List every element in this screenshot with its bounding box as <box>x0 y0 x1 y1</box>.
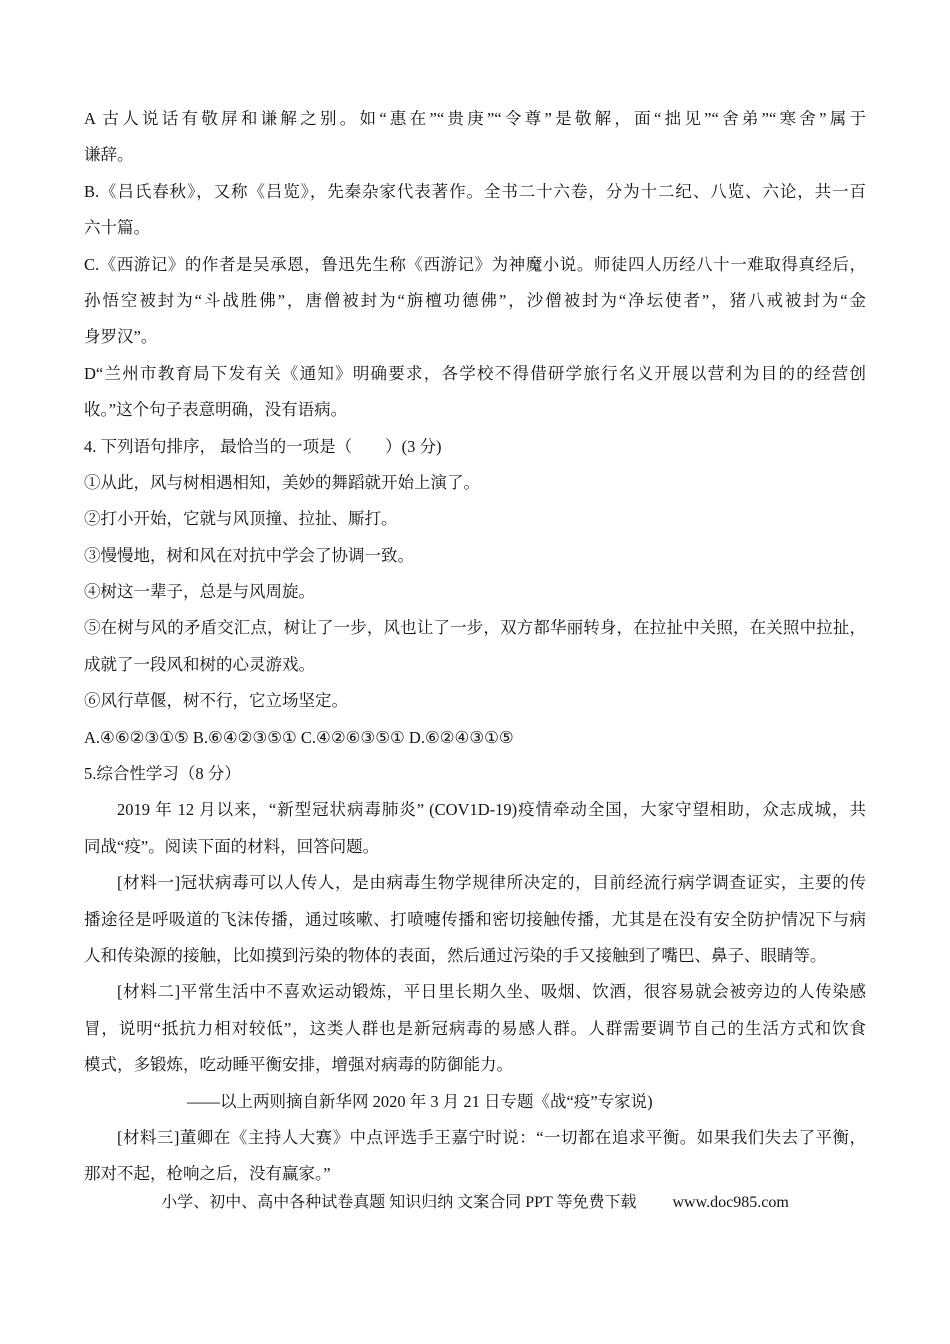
text-line: 那对不起，枪响之后，没有赢家。” <box>84 1156 866 1192</box>
text-line: 孙悟空被封为“斗战胜佛”，唐僧被封为“旃檀功德佛”，沙僧被封为“净坛使者”，猪八… <box>84 283 866 319</box>
text-line: 人和传染源的接触，比如摸到污染的物体的表面，然后通过污染的手又接触到了嘴巴、鼻子… <box>84 938 866 974</box>
exam-text-body: A 古人说话有敬屏和谦解之别。如“惠在”“贵庚”“令尊”是敬解，面“拙见”“舍弟… <box>84 101 866 1193</box>
text-line: 2019 年 12 月以来，“新型冠状病毒肺炎” (COV1D-19)疫情牵动全… <box>84 792 866 828</box>
text-line: 5.综合性学习（8 分） <box>84 756 866 792</box>
text-line: A.④⑥②③①⑤ B.⑥④②③⑤① C.④②⑥③⑤① D.⑥②④③①⑤ <box>84 720 866 756</box>
text-line: 同战“疫”。阅读下面的材料，回答问题。 <box>84 829 866 865</box>
text-line: [材料一]冠状病毒可以人传人，是由病毒生物学规律所决定的，目前经流行病学调查证实… <box>84 865 866 901</box>
text-line: 收。”这个句子表意明确，没有语病。 <box>84 392 866 428</box>
text-line: ⑥风行草偃，树不行，它立场坚定。 <box>84 683 866 719</box>
text-line: 冒，说明“抵抗力相对较低”，这类人群也是新冠病毒的易感人群。人群需要调节自己的生… <box>84 1011 866 1047</box>
footer-url-link[interactable]: www.doc985.com <box>673 1194 789 1211</box>
text-line: 谦辞。 <box>84 137 866 173</box>
document-page: A 古人说话有敬屏和谦解之别。如“惠在”“贵庚”“令尊”是敬解，面“拙见”“舍弟… <box>0 0 950 1344</box>
text-line: A 古人说话有敬屏和谦解之别。如“惠在”“贵庚”“令尊”是敬解，面“拙见”“舍弟… <box>84 101 866 137</box>
text-line: [材料三]董卿在《主持人大赛》中点评选手王嘉宁时说：“一切都在追求平衡。如果我们… <box>84 1120 866 1156</box>
page-footer: 小学、初中、高中各种试卷真题 知识归纳 文案合同 PPT 等免费下载www.do… <box>0 1191 950 1215</box>
text-line: ——以上两则摘自新华网 2020 年 3 月 21 日专题《战“疫”专家说) <box>84 1084 866 1120</box>
text-line: 模式，多锻炼，吃动睡平衡安排，增强对病毒的防御能力。 <box>84 1047 866 1083</box>
text-line: ②打小开始，它就与风顶撞、拉扯、厮打。 <box>84 501 866 537</box>
text-line: B.《吕氏春秋》，又称《吕览》，先秦杂家代表著作。全书二十六卷，分为十二纪、八览… <box>84 174 866 210</box>
footer-promo-text: 小学、初中、高中各种试卷真题 知识归纳 文案合同 PPT 等免费下载 <box>161 1194 636 1211</box>
text-line: 成就了一段风和树的心灵游戏。 <box>84 647 866 683</box>
text-line: D“兰州市教育局下发有关《通知》明确要求，各学校不得借研学旅行名义开展以营利为目… <box>84 356 866 392</box>
text-line: 4. 下列语句排序， 最恰当的一项是（ ）(3 分) <box>84 429 866 465</box>
text-line: [材料二]平常生活中不喜欢运动锻炼，平日里长期久坐、吸烟、饮酒，很容易就会被旁边… <box>84 974 866 1010</box>
text-line: C.《西游记》的作者是吴承恩，鲁迅先生称《西游记》为神魔小说。师徒四人历经八十一… <box>84 247 866 283</box>
text-line: 六十篇。 <box>84 210 866 246</box>
text-line: 播途径是呼吸道的飞沫传播，通过咳嗽、打喷嚏传播和密切接触传播，尤其是在没有安全防… <box>84 902 866 938</box>
text-line: ④树这一辈子，总是与风周旋。 <box>84 574 866 610</box>
text-line: 身罗汉”。 <box>84 319 866 355</box>
text-line: ⑤在树与风的矛盾交汇点，树让了一步，风也让了一步，双方都华丽转身，在拉扯中关照，… <box>84 610 866 646</box>
text-line: ①从此，风与树相遇相知，美妙的舞蹈就开始上演了。 <box>84 465 866 501</box>
text-line: ③慢慢地，树和风在对抗中学会了协调一致。 <box>84 538 866 574</box>
